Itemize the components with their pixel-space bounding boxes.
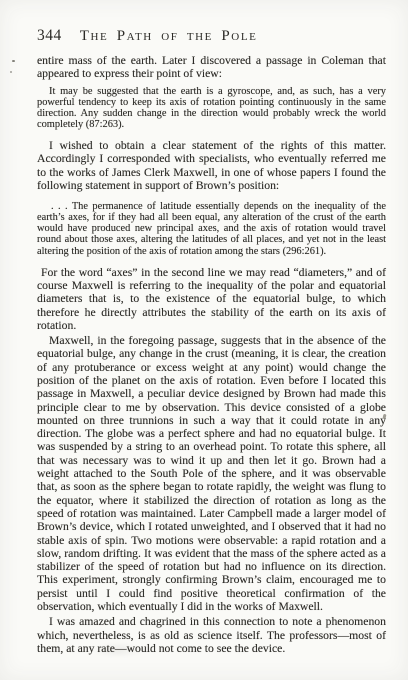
opening-paragraph: entire mass of the earth. Later I discov… xyxy=(37,54,386,81)
maxwell-quote: . . . The permanence of latitude essenti… xyxy=(37,201,386,256)
page-header: 344 The Path of the Pole xyxy=(37,27,386,45)
maxwell-intro-paragraph: I wished to obtain a clear statement of … xyxy=(37,139,386,192)
brown-device-paragraph: Maxwell, in the foregoing passage, sugge… xyxy=(37,334,386,613)
text-column: entire mass of the earth. Later I discov… xyxy=(37,54,386,657)
gyroscope-quote: It may be suggested that the earth is a … xyxy=(37,86,386,130)
running-title: The Path of the Pole xyxy=(80,28,258,45)
professors-paragraph: I was amazed and chagrined in this conne… xyxy=(37,615,386,655)
axes-diameters-paragraph: For the word “axes” in the second line w… xyxy=(37,266,386,332)
page-number: 344 xyxy=(37,27,62,45)
scan-speck xyxy=(10,71,12,73)
scan-speck xyxy=(12,60,15,62)
book-page: 344 The Path of the Pole entire mass of … xyxy=(0,0,408,680)
scan-smudge xyxy=(92,642,144,658)
